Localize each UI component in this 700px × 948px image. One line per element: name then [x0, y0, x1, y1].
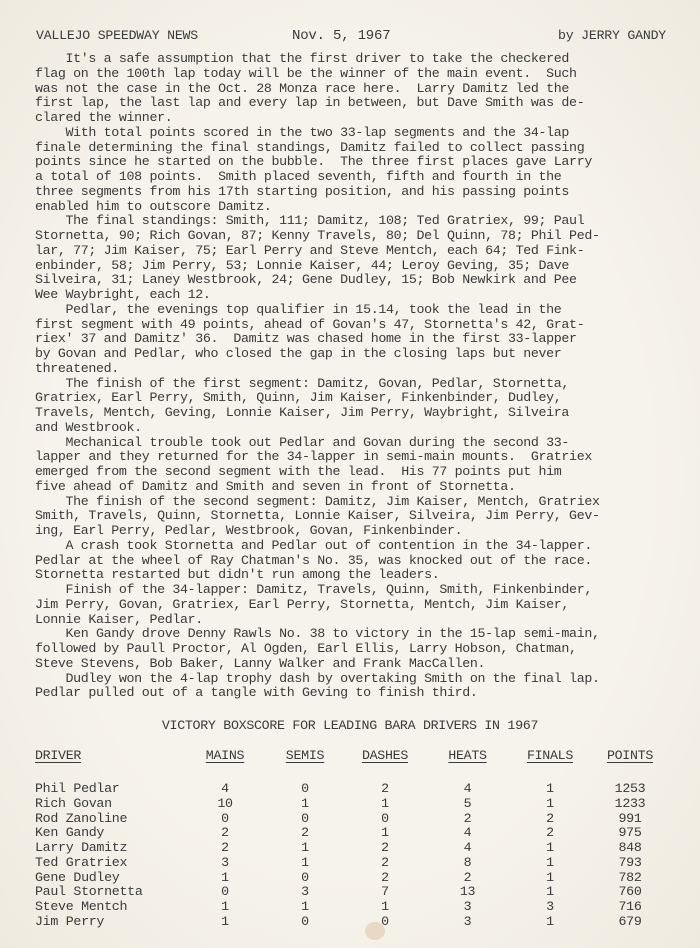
stat-cell: 1253 — [590, 770, 670, 797]
article-line: The finish of the second segment: Damitz… — [35, 495, 685, 510]
boxscore-header-row: DRIVERMAINSSEMISDASHESHEATSFINALSPOINTS — [35, 748, 670, 770]
article-line: enabled him to outscore Damitz. — [35, 200, 685, 215]
article-line: followed by Paull Proctor, Al Ogden, Ear… — [35, 642, 685, 657]
driver-name: Gene Dudley — [35, 871, 185, 886]
article-line: five ahead of Damitz and Smith and seven… — [35, 480, 685, 495]
stat-cell: 793 — [590, 856, 670, 871]
article-line: was not the case in the Oct. 28 Monza ra… — [35, 82, 685, 97]
stat-cell: 782 — [590, 871, 670, 886]
table-row: Rod Zanoline00022991 — [35, 812, 670, 827]
article-line: points since he started on the bubble. T… — [35, 155, 685, 170]
stat-cell: 848 — [590, 841, 670, 856]
header: VALLEJO SPEEDWAY NEWS Nov. 5, 1967 by JE… — [36, 28, 666, 46]
table-row: Larry Damitz21241848 — [35, 841, 670, 856]
newsletter-page: VALLEJO SPEEDWAY NEWS Nov. 5, 1967 by JE… — [0, 0, 700, 948]
article-line: first segment with 49 points, ahead of G… — [35, 318, 685, 333]
stat-cell: 975 — [590, 826, 670, 841]
driver-name: Larry Damitz — [35, 841, 185, 856]
column-header: DASHES — [345, 748, 425, 770]
article-line: Pedlar at the wheel of Ray Chatman's No.… — [35, 554, 685, 569]
stat-cell: 4 — [425, 826, 510, 841]
stat-cell: 2 — [345, 871, 425, 886]
driver-name: Ken Gandy — [35, 826, 185, 841]
stat-cell: 1 — [345, 826, 425, 841]
article-line: Mechanical trouble took out Pedlar and G… — [35, 436, 685, 451]
driver-name: Jim Perry — [35, 915, 185, 930]
driver-name: Steve Mentch — [35, 900, 185, 915]
table-row: Rich Govan1011511233 — [35, 797, 670, 812]
stat-cell: 3 — [510, 900, 590, 915]
stat-cell: 0 — [265, 812, 345, 827]
article-line: Stornetta, 90; Rich Govan, 87; Kenny Tra… — [35, 229, 685, 244]
stat-cell: 1 — [510, 885, 590, 900]
article-line: Travels, Mentch, Geving, Lonnie Kaiser, … — [35, 406, 685, 421]
issue-date: Nov. 5, 1967 — [292, 28, 390, 44]
table-row: Phil Pedlar402411253 — [35, 770, 670, 797]
article-line: Silveira, 31; Laney Westbrook, 24; Gene … — [35, 273, 685, 288]
column-header: FINALS — [510, 748, 590, 770]
article-body: It's a safe assumption that the first dr… — [35, 52, 685, 701]
stat-cell: 4 — [425, 841, 510, 856]
article-line: Dudley won the 4-lap trophy dash by over… — [35, 672, 685, 687]
stat-cell: 2 — [510, 826, 590, 841]
article-line: Gratriex, Earl Perry, Smith, Quinn, Jim … — [35, 391, 685, 406]
stat-cell: 716 — [590, 900, 670, 915]
article-line: emerged from the second segment with the… — [35, 465, 685, 480]
stat-cell: 0 — [265, 915, 345, 930]
stat-cell: 2 — [345, 856, 425, 871]
article-line: A crash took Stornetta and Pedlar out of… — [35, 539, 685, 554]
stat-cell: 0 — [345, 812, 425, 827]
article-line: Ken Gandy drove Denny Rawls No. 38 to vi… — [35, 627, 685, 642]
stat-cell: 1233 — [590, 797, 670, 812]
article-line: by Govan and Pedlar, who closed the gap … — [35, 347, 685, 362]
stat-cell: 10 — [185, 797, 265, 812]
stat-cell: 0 — [185, 885, 265, 900]
article-line: lar, 77; Jim Kaiser, 75; Earl Perry and … — [35, 244, 685, 259]
boxscore-table: DRIVERMAINSSEMISDASHESHEATSFINALSPOINTS … — [35, 748, 670, 930]
article-line: ing, Earl Perry, Pedlar, Westbrook, Gova… — [35, 524, 685, 539]
stat-cell: 991 — [590, 812, 670, 827]
table-row: Ken Gandy22142975 — [35, 826, 670, 841]
table-row: Steve Mentch11133716 — [35, 900, 670, 915]
stat-cell: 1 — [510, 770, 590, 797]
article-line: Wee Waybright, each 12. — [35, 288, 685, 303]
article-line: Pedlar, the evenings top qualifier in 15… — [35, 303, 685, 318]
stat-cell: 1 — [510, 797, 590, 812]
column-header: DRIVER — [35, 748, 185, 770]
stat-cell: 1 — [265, 900, 345, 915]
byline: by JERRY GANDY — [558, 28, 666, 43]
article-line: Pedlar pulled out of a tangle with Gevin… — [35, 686, 685, 701]
stat-cell: 3 — [185, 856, 265, 871]
stat-cell: 1 — [345, 797, 425, 812]
article-line: threatened. — [35, 362, 685, 377]
stat-cell: 1 — [185, 871, 265, 886]
stat-cell: 1 — [510, 841, 590, 856]
column-header: MAINS — [185, 748, 265, 770]
driver-name: Paul Stornetta — [35, 885, 185, 900]
stat-cell: 5 — [425, 797, 510, 812]
stat-cell: 2 — [345, 841, 425, 856]
article-line: It's a safe assumption that the first dr… — [35, 52, 685, 67]
stat-cell: 3 — [425, 900, 510, 915]
stat-cell: 760 — [590, 885, 670, 900]
article-line: enbinder, 58; Jim Perry, 53; Lonnie Kais… — [35, 259, 685, 274]
stat-cell: 2 — [265, 826, 345, 841]
driver-name: Ted Gratriex — [35, 856, 185, 871]
stat-cell: 0 — [345, 915, 425, 930]
stat-cell: 1 — [185, 900, 265, 915]
publication-name: VALLEJO SPEEDWAY NEWS — [36, 28, 198, 43]
article-line: The finish of the first segment: Damitz,… — [35, 377, 685, 392]
article-line: and Westbrook. — [35, 421, 685, 436]
stat-cell: 0 — [185, 812, 265, 827]
stat-cell: 1 — [510, 915, 590, 930]
boxscore-body: Phil Pedlar402411253Rich Govan1011511233… — [35, 770, 670, 930]
article-line: Smith, Travels, Quinn, Stornetta, Lonnie… — [35, 509, 685, 524]
stat-cell: 2 — [345, 770, 425, 797]
article-line: Jim Perry, Govan, Gratriex, Earl Perry, … — [35, 598, 685, 613]
article-line: With total points scored in the two 33-l… — [35, 126, 685, 141]
article-line: Stornetta restarted but didn't run among… — [35, 568, 685, 583]
article-line: riex' 37 and Damitz' 36. Damitz was chas… — [35, 332, 685, 347]
article-line: Lonnie Kaiser, Pedlar. — [35, 613, 685, 628]
column-header: POINTS — [590, 748, 670, 770]
stat-cell: 1 — [185, 915, 265, 930]
boxscore-title: VICTORY BOXSCORE FOR LEADING BARA DRIVER… — [0, 718, 700, 733]
stat-cell: 7 — [345, 885, 425, 900]
stat-cell: 13 — [425, 885, 510, 900]
driver-name: Rich Govan — [35, 797, 185, 812]
stat-cell: 1 — [345, 900, 425, 915]
table-row: Paul Stornetta037131760 — [35, 885, 670, 900]
stat-cell: 679 — [590, 915, 670, 930]
stat-cell: 1 — [510, 856, 590, 871]
stat-cell: 1 — [265, 797, 345, 812]
stat-cell: 2 — [425, 871, 510, 886]
article-line: The final standings: Smith, 111; Damitz,… — [35, 214, 685, 229]
paper-stain — [365, 922, 385, 940]
table-row: Jim Perry10031679 — [35, 915, 670, 930]
column-header: SEMIS — [265, 748, 345, 770]
article-line: lapper and they returned for the 34-lapp… — [35, 450, 685, 465]
column-header: HEATS — [425, 748, 510, 770]
stat-cell: 8 — [425, 856, 510, 871]
driver-name: Rod Zanoline — [35, 812, 185, 827]
article-line: finale determining the final standings, … — [35, 141, 685, 156]
stat-cell: 0 — [265, 770, 345, 797]
stat-cell: 2 — [185, 841, 265, 856]
stat-cell: 3 — [425, 915, 510, 930]
stat-cell: 2 — [510, 812, 590, 827]
article-line: Finish of the 34-lapper: Damitz, Travels… — [35, 583, 685, 598]
stat-cell: 2 — [425, 812, 510, 827]
stat-cell: 3 — [265, 885, 345, 900]
table-row: Gene Dudley10221782 — [35, 871, 670, 886]
table-row: Ted Gratriex31281793 — [35, 856, 670, 871]
article-line: first lap, the last lap and every lap in… — [35, 96, 685, 111]
stat-cell: 4 — [425, 770, 510, 797]
stat-cell: 4 — [185, 770, 265, 797]
stat-cell: 2 — [185, 826, 265, 841]
article-line: flag on the 100th lap today will be the … — [35, 67, 685, 82]
stat-cell: 0 — [265, 871, 345, 886]
stat-cell: 1 — [265, 841, 345, 856]
driver-name: Phil Pedlar — [35, 770, 185, 797]
article-line: three segments from his 17th starting po… — [35, 185, 685, 200]
article-line: clared the winner. — [35, 111, 685, 126]
stat-cell: 1 — [265, 856, 345, 871]
article-line: a total of 108 points. Smith placed seve… — [35, 170, 685, 185]
stat-cell: 1 — [510, 871, 590, 886]
article-line: Steve Stevens, Bob Baker, Lanny Walker a… — [35, 657, 685, 672]
